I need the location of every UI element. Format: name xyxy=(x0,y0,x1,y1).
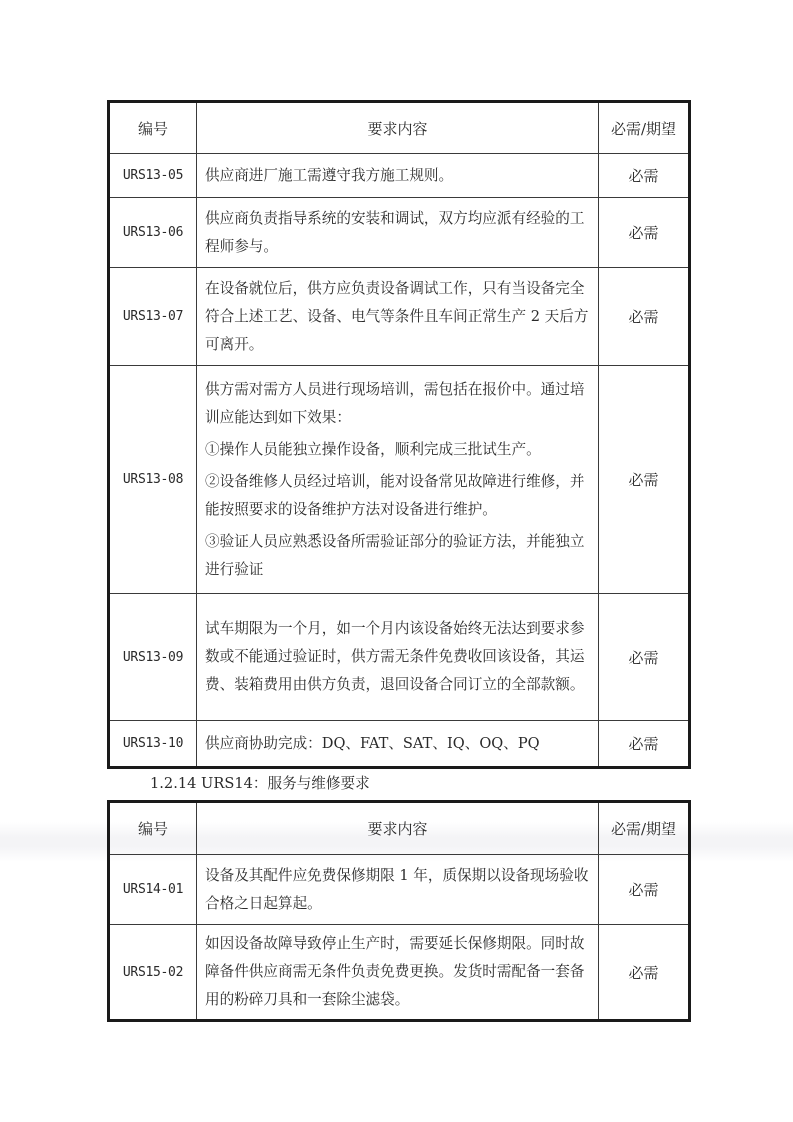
header-requirement: 必需/期望 xyxy=(599,802,690,855)
row-requirement: 必需 xyxy=(599,154,690,198)
table-row: URS14-01 设备及其配件应免费保修期限 1 年，质保期以设备现场验收合格之… xyxy=(109,855,690,925)
urs13-requirements-table: 编号 要求内容 必需/期望 URS13-05 供应商进厂施工需遵守我方施工规则。… xyxy=(107,100,691,769)
row-id: URS15-02 xyxy=(109,925,197,1021)
urs14-service-maintenance-table: 编号 要求内容 必需/期望 URS14-01 设备及其配件应免费保修期限 1 年… xyxy=(107,800,691,1022)
header-id: 编号 xyxy=(109,802,197,855)
row-content-item-1: ①操作人员能独立操作设备，顺利完成三批试生产。 xyxy=(205,436,592,464)
row-id: URS13-08 xyxy=(109,366,197,594)
row-content-text: 供方需对需方人员进行现场培训，需包括在报价中。通过培训应能达到如下效果： xyxy=(205,376,592,432)
row-content: 供应商负责指导系统的安装和调试，双方均应派有经验的工程师参与。 xyxy=(197,198,599,268)
row-requirement: 必需 xyxy=(599,268,690,366)
row-content-text: 在设备就位后，供方应负责设备调试工作，只有当设备完全符合上述工艺、设备、电气等条… xyxy=(205,275,592,359)
row-id: URS13-06 xyxy=(109,198,197,268)
row-content: 试车期限为一个月，如一个月内该设备始终无法达到要求参数或不能通过验证时，供方需无… xyxy=(197,594,599,721)
row-content: 在设备就位后，供方应负责设备调试工作，只有当设备完全符合上述工艺、设备、电气等条… xyxy=(197,268,599,366)
table-row: URS15-02 如因设备故障导致停止生产时，需要延长保修期限。同时故障备件供应… xyxy=(109,925,690,1021)
row-requirement: 必需 xyxy=(599,721,690,768)
row-content: 供方需对需方人员进行现场培训，需包括在报价中。通过培训应能达到如下效果： ①操作… xyxy=(197,366,599,594)
row-id: URS13-07 xyxy=(109,268,197,366)
row-requirement: 必需 xyxy=(599,855,690,925)
row-content: 设备及其配件应免费保修期限 1 年，质保期以设备现场验收合格之日起算起。 xyxy=(197,855,599,925)
table-row: URS13-07 在设备就位后，供方应负责设备调试工作，只有当设备完全符合上述工… xyxy=(109,268,690,366)
row-requirement: 必需 xyxy=(599,594,690,721)
table-row: URS13-08 供方需对需方人员进行现场培训，需包括在报价中。通过培训应能达到… xyxy=(109,366,690,594)
row-requirement: 必需 xyxy=(599,198,690,268)
section-heading: 1.2.14 URS14：服务与维修要求 xyxy=(150,772,370,793)
header-requirement: 必需/期望 xyxy=(599,102,690,154)
row-content-text: 供应商协助完成：DQ、FAT、SAT、IQ、OQ、PQ xyxy=(205,730,592,758)
row-requirement: 必需 xyxy=(599,366,690,594)
row-content-text: 试车期限为一个月，如一个月内该设备始终无法达到要求参数或不能通过验证时，供方需无… xyxy=(205,615,592,699)
row-content-text: 供应商负责指导系统的安装和调试，双方均应派有经验的工程师参与。 xyxy=(205,205,592,261)
row-id: URS13-09 xyxy=(109,594,197,721)
table-row: URS13-10 供应商协助完成：DQ、FAT、SAT、IQ、OQ、PQ 必需 xyxy=(109,721,690,768)
row-id: URS14-01 xyxy=(109,855,197,925)
header-content: 要求内容 xyxy=(197,102,599,154)
row-content: 供应商进厂施工需遵守我方施工规则。 xyxy=(197,154,599,198)
document-page: 编号 要求内容 必需/期望 URS13-05 供应商进厂施工需遵守我方施工规则。… xyxy=(0,0,793,1122)
row-content: 供应商协助完成：DQ、FAT、SAT、IQ、OQ、PQ xyxy=(197,721,599,768)
row-content-text: 供应商进厂施工需遵守我方施工规则。 xyxy=(205,162,592,190)
table-row: URS13-06 供应商负责指导系统的安装和调试，双方均应派有经验的工程师参与。… xyxy=(109,198,690,268)
row-content-text: 如因设备故障导致停止生产时，需要延长保修期限。同时故障备件供应商需无条件负责免费… xyxy=(205,930,592,1014)
row-requirement: 必需 xyxy=(599,925,690,1021)
row-id: URS13-05 xyxy=(109,154,197,198)
header-id: 编号 xyxy=(109,102,197,154)
row-content-item-2: ②设备维修人员经过培训，能对设备常见故障进行维修，并能按照要求的设备维护方法对设… xyxy=(205,468,592,524)
table-header-row: 编号 要求内容 必需/期望 xyxy=(109,802,690,855)
table-row: URS13-05 供应商进厂施工需遵守我方施工规则。 必需 xyxy=(109,154,690,198)
row-content: 如因设备故障导致停止生产时，需要延长保修期限。同时故障备件供应商需无条件负责免费… xyxy=(197,925,599,1021)
row-content-text: 设备及其配件应免费保修期限 1 年，质保期以设备现场验收合格之日起算起。 xyxy=(205,862,592,918)
row-id: URS13-10 xyxy=(109,721,197,768)
row-content-item-3: ③验证人员应熟悉设备所需验证部分的验证方法，并能独立进行验证 xyxy=(205,528,592,584)
table-row: URS13-09 试车期限为一个月，如一个月内该设备始终无法达到要求参数或不能通… xyxy=(109,594,690,721)
table-header-row: 编号 要求内容 必需/期望 xyxy=(109,102,690,154)
header-content: 要求内容 xyxy=(197,802,599,855)
